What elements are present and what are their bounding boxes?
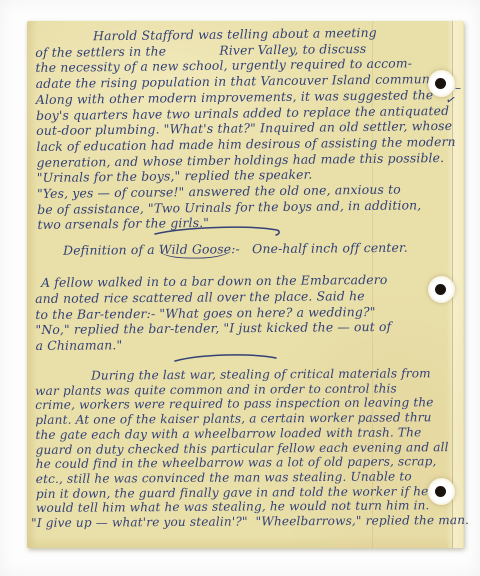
notebook-page: Harold Stafford was telling about a meet… — [27, 21, 464, 548]
punch-hole-reinforcement — [428, 478, 455, 505]
section-divider-stroke — [173, 352, 281, 364]
section-divider-stroke — [153, 224, 285, 238]
punch-hole-reinforcement — [428, 276, 455, 303]
handwritten-line: During the last war, stealing of critica… — [35, 366, 463, 384]
handwritten-line: "I give up — what're you stealin'?" "Whe… — [31, 513, 464, 531]
definition-suffix: :- One-half inch off center. — [231, 240, 408, 257]
edge-dash-annotation: – — [455, 81, 461, 95]
punch-hole — [435, 78, 446, 89]
paragraph-settlers-meeting: Harold Stafford was telling about a meet… — [35, 24, 461, 233]
paragraph-embarcadero-bar: A fellow walked in to a bar down on the … — [35, 271, 460, 354]
definition-line: Definition of a Wild Goose:- One-half in… — [35, 239, 459, 259]
definition-underlined-term: Wild Goose — [159, 241, 231, 259]
paragraph-wheelbarrow-story: During the last war, stealing of critica… — [35, 366, 464, 531]
definition-prefix: Definition of a — [63, 242, 159, 258]
punch-hole-reinforcement — [428, 70, 455, 97]
punch-hole — [435, 486, 446, 497]
scan-background: Harold Stafford was telling about a meet… — [0, 0, 480, 576]
punch-hole — [435, 284, 446, 295]
